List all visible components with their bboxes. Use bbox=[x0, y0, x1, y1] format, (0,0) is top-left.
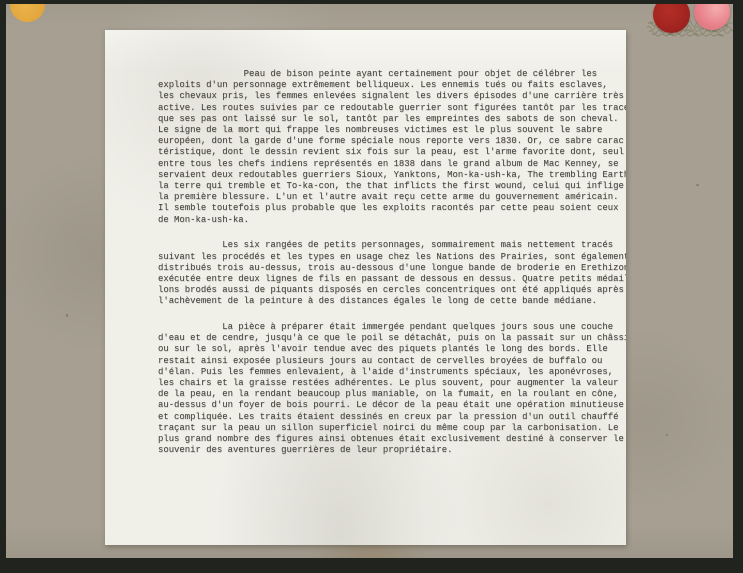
cardboard-mount: Peau de bison peinte ayant certainement … bbox=[6, 4, 733, 558]
typescript-page: Peau de bison peinte ayant certainement … bbox=[105, 30, 626, 545]
typed-text-block: Peau de bison peinte ayant certainement … bbox=[158, 69, 626, 457]
mount-speck bbox=[696, 184, 699, 186]
yellow-sticker bbox=[10, 4, 45, 22]
paragraph-3: La pièce à préparer était immergée penda… bbox=[158, 322, 626, 456]
paragraph-2: Les six rangées de petits personnages, s… bbox=[158, 240, 626, 307]
photo-border: Peau de bison peinte ayant certainement … bbox=[0, 0, 743, 573]
mount-speck bbox=[66, 314, 68, 317]
mount-speck bbox=[666, 434, 668, 436]
paragraph-1: Peau de bison peinte ayant certainement … bbox=[158, 69, 626, 226]
